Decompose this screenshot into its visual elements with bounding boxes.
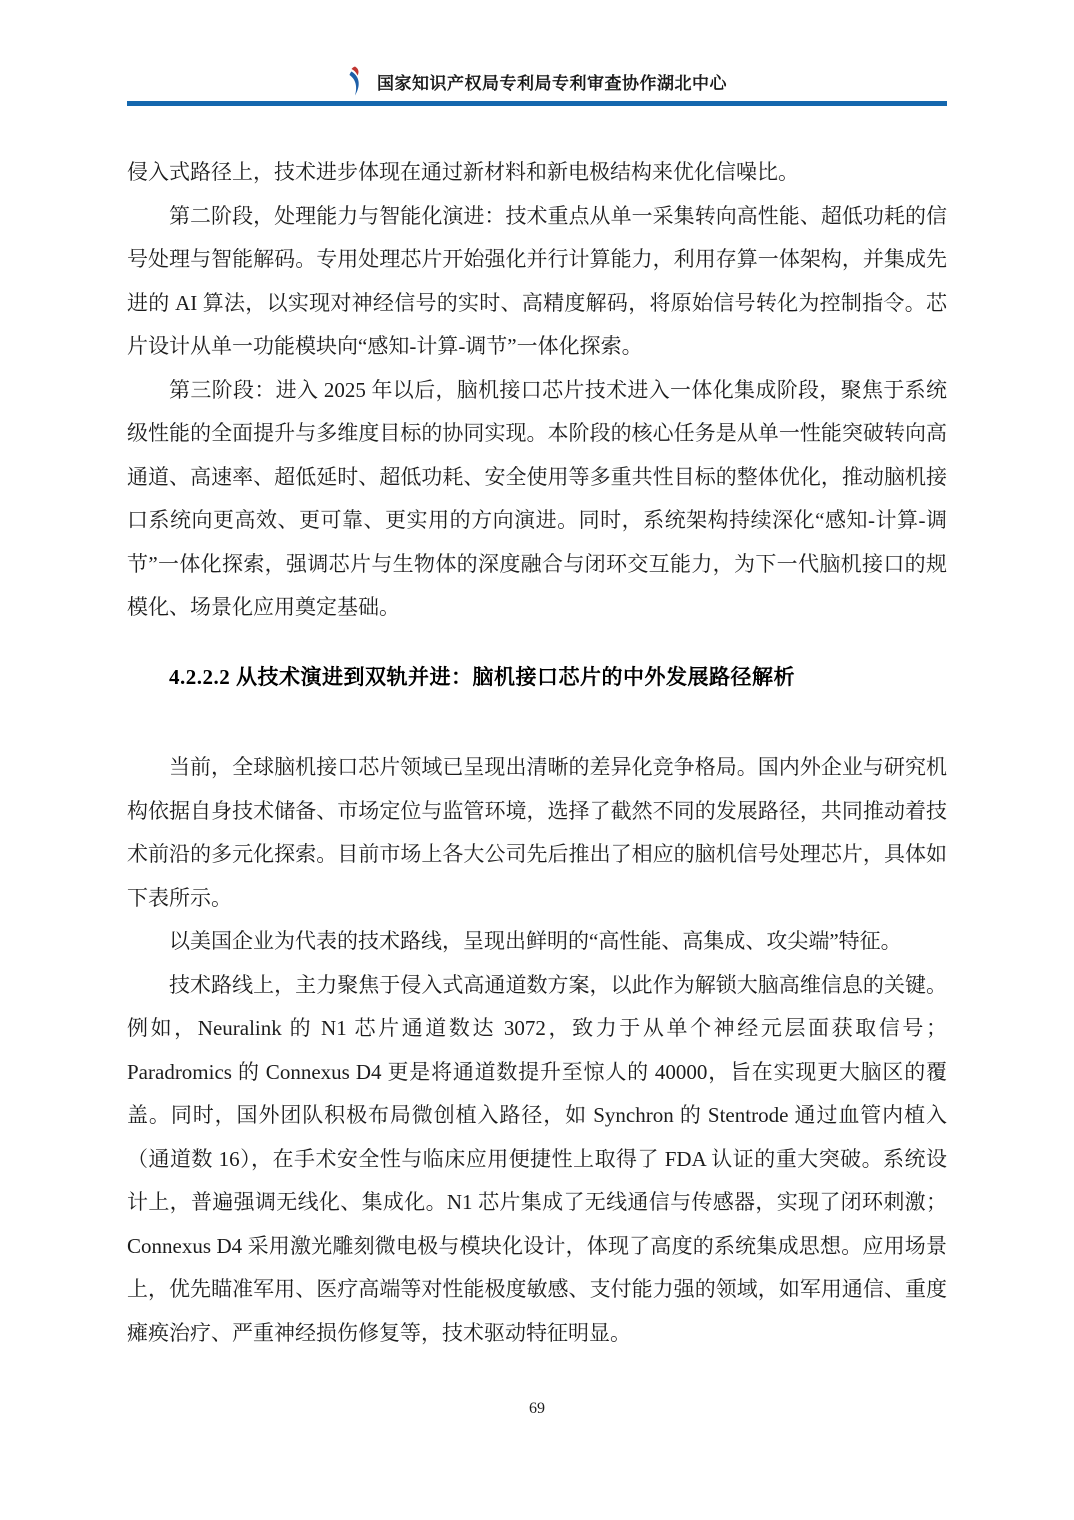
page-number: 69: [529, 1400, 545, 1417]
document-body: 侵入式路径上，技术进步体现在通过新材料和新电极结构来优化信噪比。 第二阶段，处理…: [127, 151, 947, 1355]
body-paragraph: 第三阶段：进入 2025 年以后，脑机接口芯片技术进入一体化集成阶段，聚焦于系统…: [127, 369, 947, 630]
body-paragraph: 以美国企业为代表的技术路线，呈现出鲜明的“高性能、高集成、攻尖端”特征。: [127, 920, 947, 964]
body-paragraph: 技术路线上，主力聚焦于侵入式高通道数方案，以此作为解锁大脑高维信息的关键。例如，…: [127, 964, 947, 1356]
page-header: 国家知识产权局专利局专利审查协作湖北中心: [0, 66, 1074, 96]
org-title: 国家知识产权局专利局专利审查协作湖北中心: [377, 69, 727, 94]
header-rule: [127, 101, 947, 106]
body-paragraph: 当前，全球脑机接口芯片领域已呈现出清晰的差异化竞争格局。国内外企业与研究机构依据…: [127, 746, 947, 920]
page-footer: 69: [0, 1400, 1074, 1418]
body-paragraph: 侵入式路径上，技术进步体现在通过新材料和新电极结构来优化信噪比。: [127, 151, 947, 195]
section-heading: 4.2.2.2 从技术演进到双轨并进：脑机接口芯片的中外发展路径解析: [127, 656, 947, 700]
body-paragraph: 第二阶段，处理能力与智能化演进：技术重点从单一采集转向高性能、超低功耗的信号处理…: [127, 195, 947, 369]
document-page: 国家知识产权局专利局专利审查协作湖北中心 侵入式路径上，技术进步体现在通过新材料…: [0, 0, 1074, 1520]
cnipa-hubei-logo-icon: [347, 66, 365, 96]
